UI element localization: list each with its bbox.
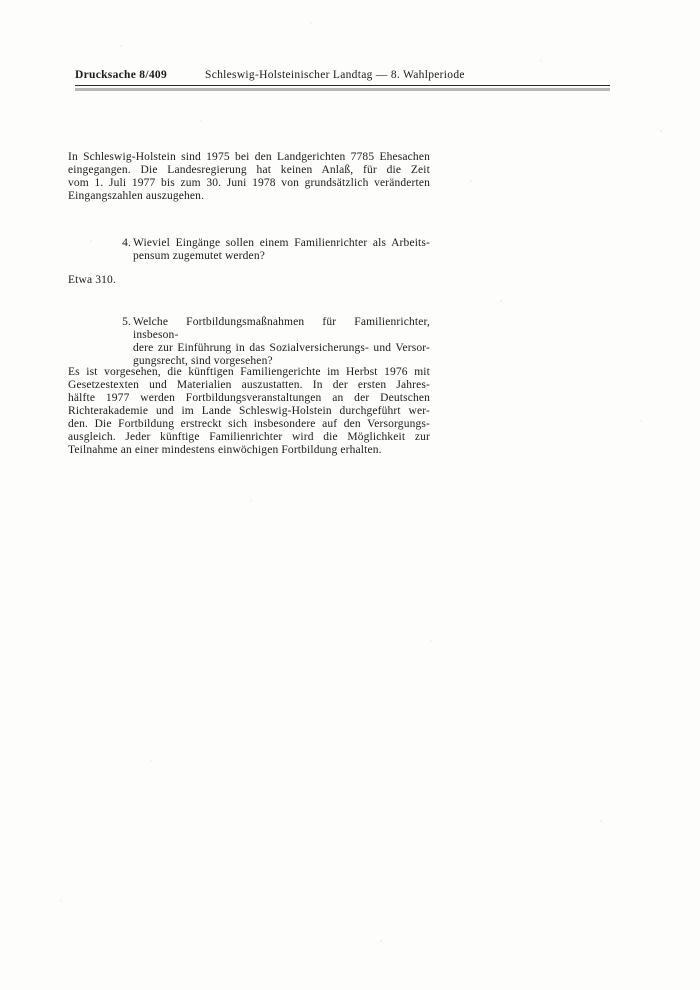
- question-item-4: 4. Wieviel Eingänge sollen einem Familie…: [68, 237, 430, 263]
- paragraph-line: Es ist vorgesehen, die künftigen Familie…: [68, 366, 430, 379]
- question-text: Wieviel Eingänge sollen einem Familienri…: [133, 237, 430, 263]
- header-title: Schleswig-Holsteinischer Landtag — 8. Wa…: [205, 68, 465, 82]
- question-text: Welche Fortbildungsmaßnahmen für Familie…: [133, 316, 430, 368]
- paragraph-answer: Es ist vorgesehen, die künftigen Familie…: [68, 366, 430, 457]
- paragraph-intro: In Schleswig-Holstein sind 1975 bei den …: [68, 151, 430, 203]
- question-item-5: 5. Welche Fortbildungsmaßnahmen für Fami…: [68, 316, 430, 368]
- question-line: Wieviel Eingänge sollen einem Familienri…: [133, 237, 430, 250]
- question-line: dere zur Einführung in das Sozialversich…: [133, 342, 430, 355]
- document-page: Drucksache 8/409 Schleswig-Holsteinische…: [0, 0, 700, 990]
- doc-number: Drucksache 8/409: [75, 68, 167, 82]
- paragraph-line: Eingangszahlen auszugehen.: [68, 190, 430, 203]
- header-rule-dark: [75, 85, 610, 86]
- paragraph-line: Richterakademie und im Lande Schleswig-H…: [68, 405, 430, 418]
- paragraph-line: Gesetzestexten und Materialien auszustat…: [68, 379, 430, 392]
- paragraph-line: hälfte 1977 werden Fortbildungsveranstal…: [68, 392, 430, 405]
- question-line: pensum zugemutet werden?: [133, 250, 430, 263]
- paragraph-line: den. Die Fortbildung erstreckt sich insb…: [68, 418, 430, 431]
- question-number: 4.: [117, 237, 131, 250]
- paragraph-line: ausgleich. Jeder künftige Familienrichte…: [68, 431, 430, 444]
- page-header: Drucksache 8/409 Schleswig-Holsteinische…: [75, 68, 610, 82]
- paragraph-line: eingegangen. Die Landesregierung hat kei…: [68, 164, 430, 177]
- question-number: 5.: [117, 316, 131, 329]
- answer-line: Etwa 310.: [68, 274, 430, 287]
- paragraph-line: In Schleswig-Holstein sind 1975 bei den …: [68, 151, 430, 164]
- paragraph-line: vom 1. Juli 1977 bis zum 30. Juni 1978 v…: [68, 177, 430, 190]
- question-line: Welche Fortbildungsmaßnahmen für Familie…: [133, 316, 430, 342]
- paragraph-line: Teilnahme an einer mindestens einwöchige…: [68, 444, 430, 457]
- answer-text: Etwa 310.: [68, 274, 430, 287]
- header-rule-grey: [75, 88, 610, 91]
